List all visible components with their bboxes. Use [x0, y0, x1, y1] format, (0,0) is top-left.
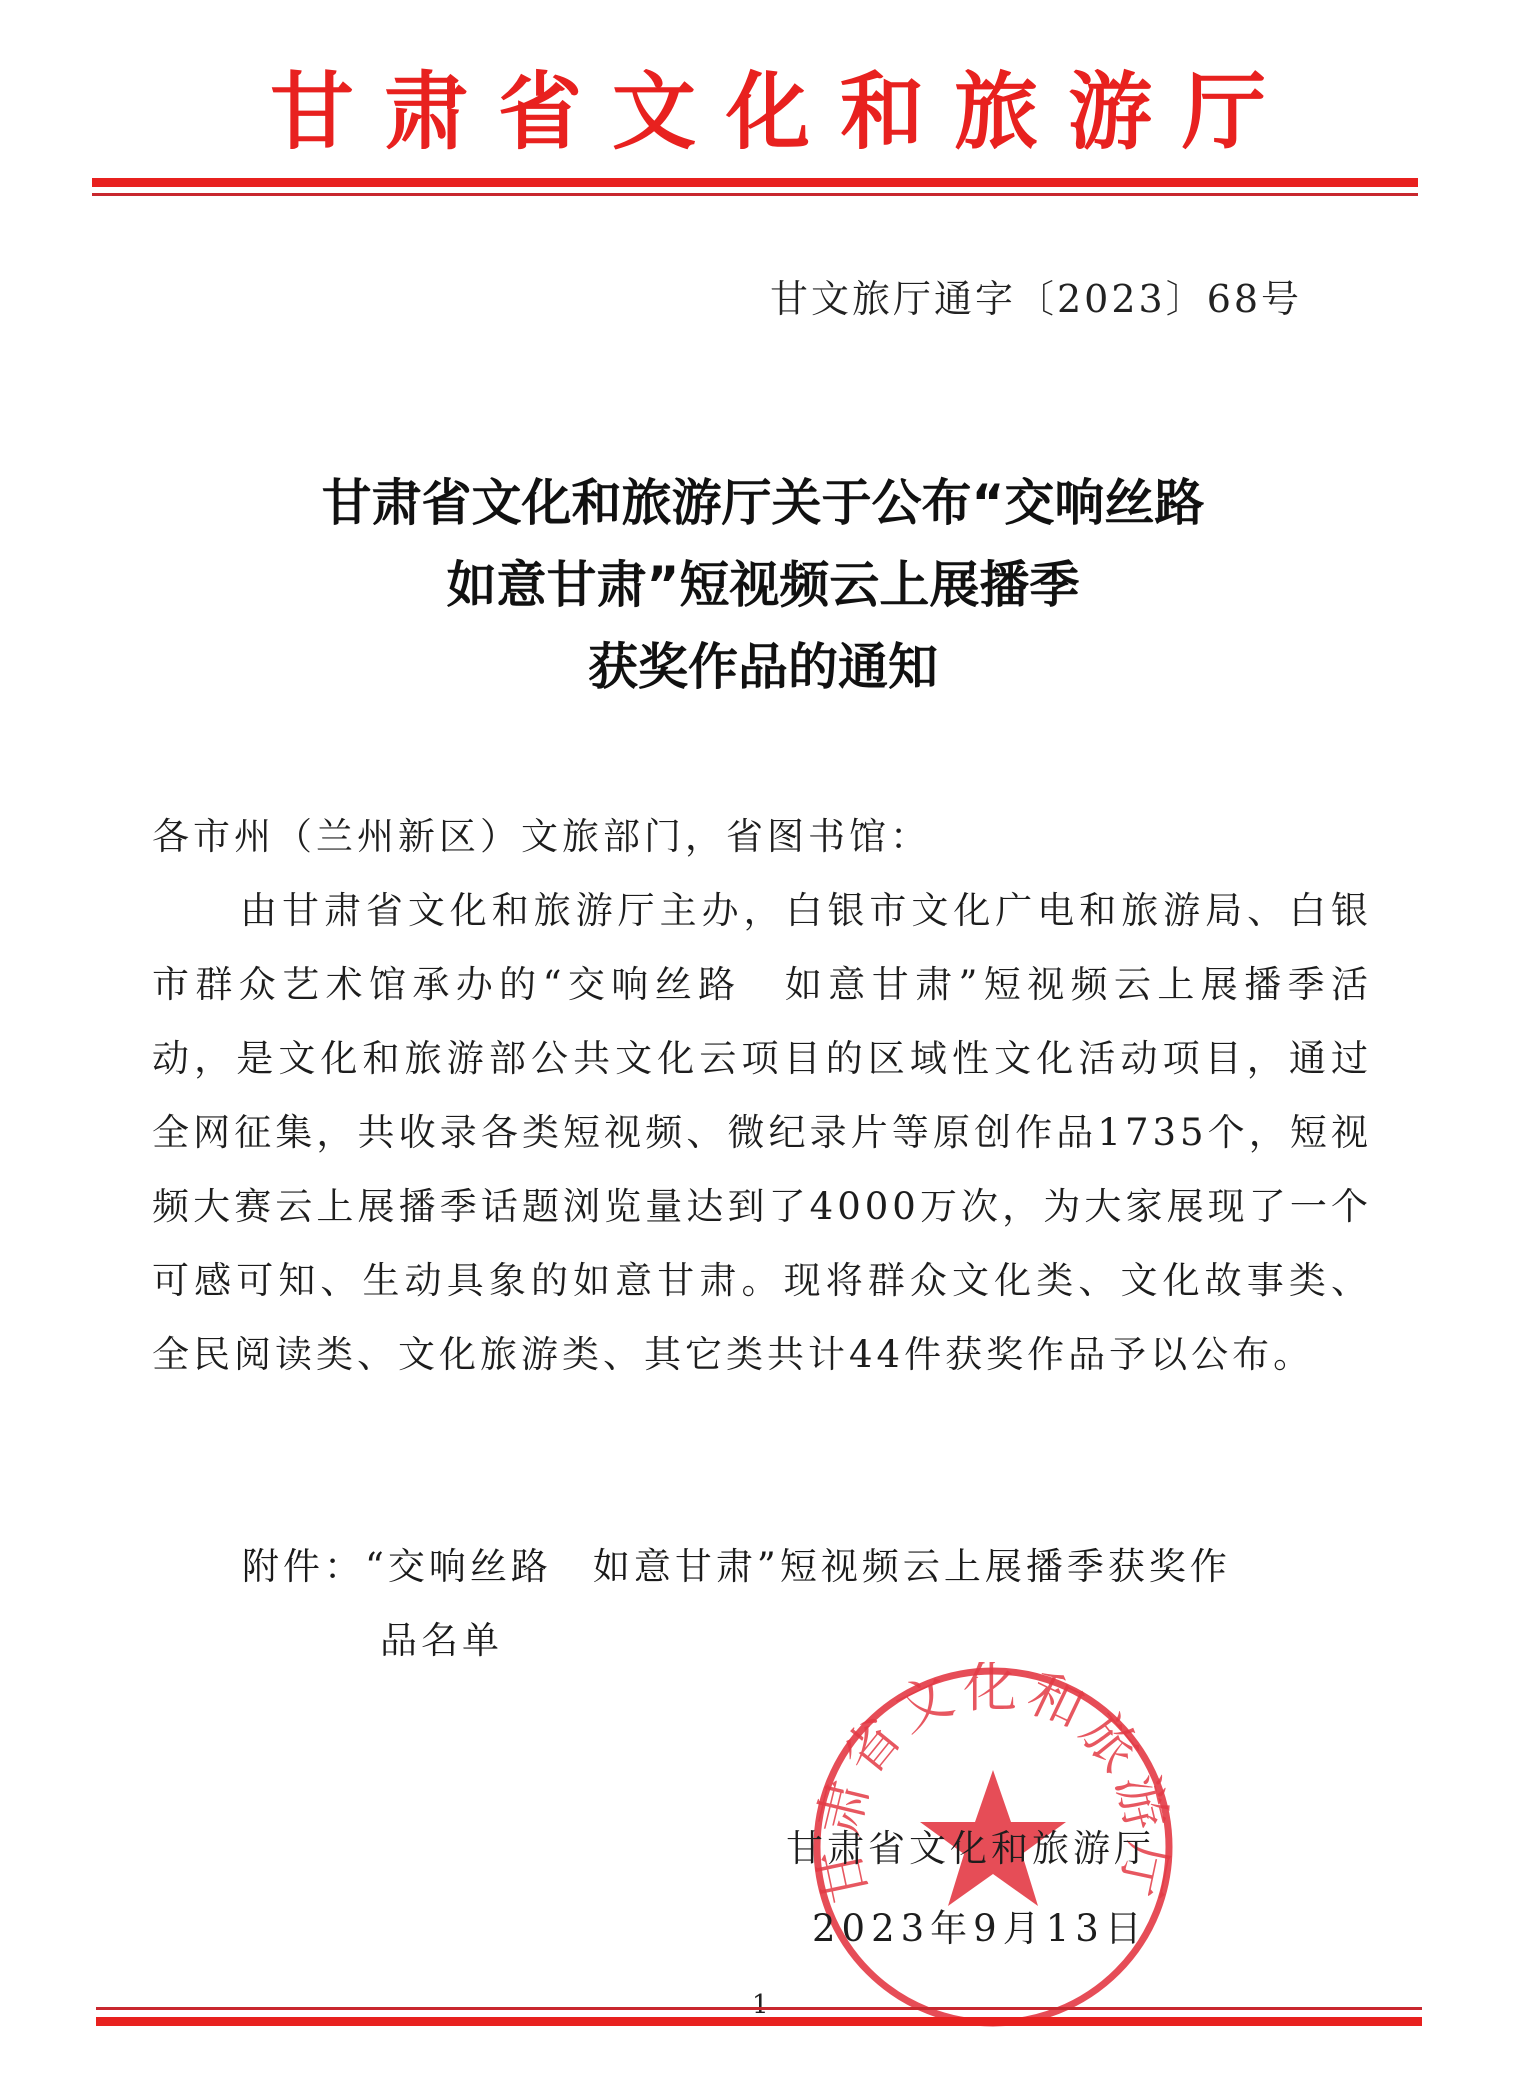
title-line-2: 如意甘肃”短视频云上展播季: [0, 544, 1526, 626]
header-rule-thin: [92, 193, 1418, 196]
title-line-1: 甘肃省文化和旅游厅关于公布“交响丝路: [0, 462, 1526, 544]
document-title: 甘肃省文化和旅游厅关于公布“交响丝路 如意甘肃”短视频云上展播季 获奖作品的通知: [0, 462, 1526, 708]
document-number: 甘文旅厅通字〔2023〕68号: [770, 268, 1302, 323]
footer-rule-thick: [96, 2017, 1422, 2026]
salutation: 各市州（兰州新区）文旅部门，省图书馆：: [152, 800, 1372, 874]
page-number: 1: [752, 1990, 769, 2020]
attachment-note: 附件：“交响丝路 如意甘肃”短视频云上展播季获奖作 品名单: [242, 1530, 1352, 1678]
title-line-3: 获奖作品的通知: [0, 626, 1526, 708]
signature-org: 甘肃省文化和旅游厅: [786, 1818, 1155, 1872]
attachment-line-2: 品名单: [242, 1604, 1352, 1678]
body-paragraph-text: 由甘肃省文化和旅游厅主办，白银市文化广电和旅游局、白银市群众艺术馆承办的“交响丝…: [152, 874, 1372, 1392]
body-paragraph: 由甘肃省文化和旅游厅主办，白银市文化广电和旅游局、白银市群众艺术馆承办的“交响丝…: [152, 874, 1372, 1392]
header-rule-thick: [92, 178, 1418, 187]
signature-date: 2023年9月13日: [812, 1898, 1148, 1952]
masthead-title: 甘肃省文化和旅游厅: [0, 62, 1526, 162]
attachment-line-1: 附件：“交响丝路 如意甘肃”短视频云上展播季获奖作: [242, 1530, 1352, 1604]
footer-rule-thin: [96, 2007, 1422, 2010]
